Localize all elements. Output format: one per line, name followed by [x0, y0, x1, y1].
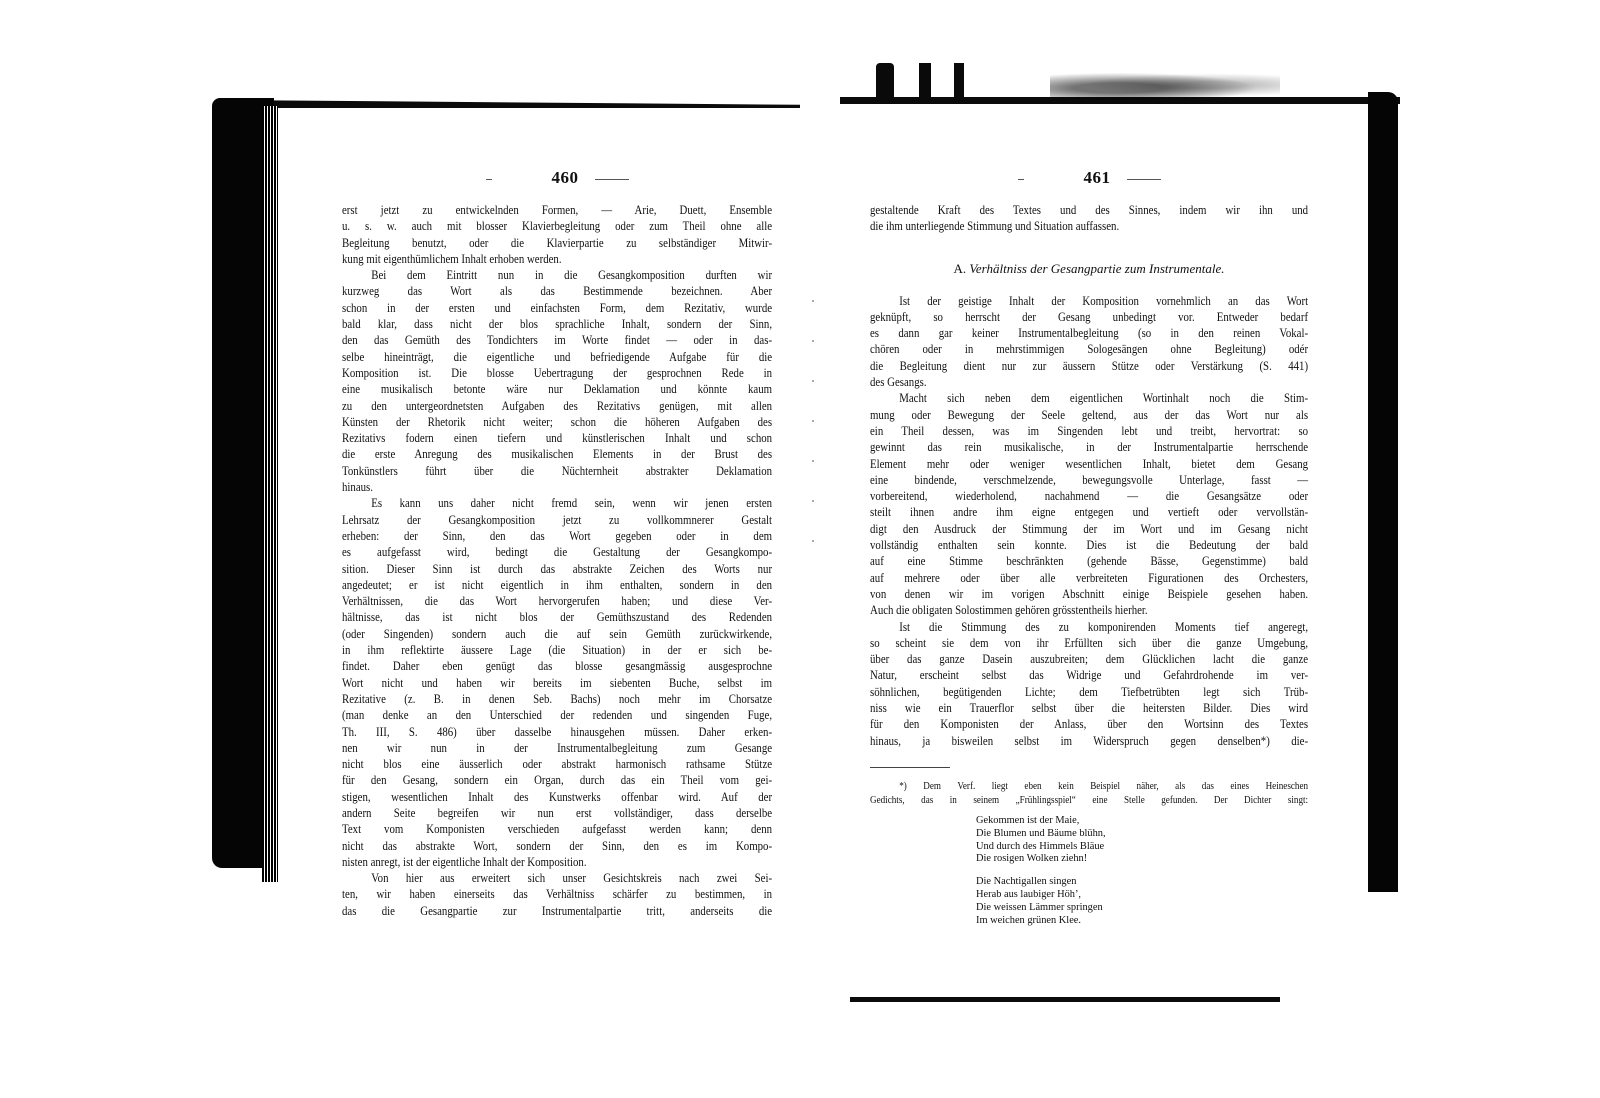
- text-line: Gedichts, das in seinem „Frühlingsspiel“…: [870, 794, 1308, 808]
- text-line: niss wie ein Trauerflor selbst über die …: [870, 700, 1308, 716]
- text-line: hältnisse, das ist nicht blos der Gemüth…: [342, 609, 772, 625]
- text-line: für den Gesang, sondern ein Organ, durch…: [342, 772, 772, 788]
- text-line: hinaus.: [342, 479, 772, 495]
- text-line: es dann gar keiner Instrumentalbegleitun…: [870, 325, 1308, 341]
- text-line: stigen, wesentlichen Inhalt des Kunstwer…: [342, 789, 772, 805]
- text-line: auf mehrere oder über alle verbreiteten …: [870, 570, 1308, 586]
- text-line: (oder Singenden) sondern auch die auf se…: [342, 626, 772, 642]
- book-top-edge-left: [225, 100, 800, 108]
- text-line: Text vom Komponisten verschieden aufgefa…: [342, 821, 772, 837]
- text-line: Natur, erscheint selbst das Widrige und …: [870, 667, 1308, 683]
- footnote-poem: Gekommen ist der Maie,Die Blumen und Bäu…: [976, 815, 1308, 927]
- bookmark-tab: [954, 63, 964, 101]
- poem-line: Die Blumen und Bäume blühn,: [976, 828, 1308, 841]
- text-line: nisten anregt, ist der eigentliche Inhal…: [342, 854, 772, 870]
- text-line: (man denke an den Unterschied der redend…: [342, 707, 772, 723]
- poem-line: Im weichen grünen Klee.: [976, 915, 1308, 928]
- text-line: Rezitative (z. B. in denen Seb. Bachs) n…: [342, 691, 772, 707]
- text-line: auf eine Stimme beschränkten (gehende Bä…: [870, 553, 1308, 569]
- text-line: vorbereitend, wiederholend, nachahmend —…: [870, 488, 1308, 504]
- poem-line: Gekommen ist der Maie,: [976, 815, 1308, 828]
- text-line: erheben: der Sinn, den das Wort gegeben …: [342, 528, 772, 544]
- right-page-body: Ist der geistige Inhalt der Komposition …: [870, 293, 1308, 749]
- poem-line: Herab aus laubiger Höh’,: [976, 889, 1308, 902]
- text-line: Element mehr oder weniger wesentlichen I…: [870, 456, 1308, 472]
- text-line: von denen wir im vorigen Abschnitt einig…: [870, 586, 1308, 602]
- text-line: eine musikalisch betonte wäre nur Deklam…: [342, 381, 772, 397]
- text-line: Rezitativs fodern einen tiefern und küns…: [342, 430, 772, 446]
- text-line: Von hier aus erweitert sich unser Gesich…: [342, 870, 772, 886]
- left-page: 460 erst jetzt zu entwickelnden Formen, …: [342, 168, 772, 919]
- text-line: eine bindende, verschmelzende, bewegungs…: [870, 472, 1308, 488]
- text-line: u. s. w. auch mit blosser Klavierbegleit…: [342, 218, 772, 234]
- gutter: [812, 300, 814, 560]
- text-line: Lehrsatz der Gesangkomposition jetzt zu …: [342, 512, 772, 528]
- text-line: Wort nicht und haben wir bereits im sieb…: [342, 675, 772, 691]
- text-line: Künsten der Rhetorik nicht weiter; schon…: [342, 414, 772, 430]
- text-line: sition. Dieser Sinn ist durch das abstra…: [342, 561, 772, 577]
- text-line: hinaus, ja bisweilen selbst im Widerspru…: [870, 733, 1308, 749]
- left-page-body: erst jetzt zu entwickelnden Formen, — Ar…: [342, 202, 772, 919]
- scan-noise: [1050, 70, 1280, 100]
- section-heading: A. Verhältniss der Gesangpartie zum Inst…: [870, 261, 1308, 277]
- text-line: Auch die obligaten Solostimmen gehören g…: [870, 602, 1308, 618]
- text-line: gestaltende Kraft des Textes und des Sin…: [870, 202, 1308, 218]
- book-bottom-edge: [850, 997, 1280, 1002]
- poem-line: Die Nachtigallen singen: [976, 876, 1308, 889]
- poem-line: Die weissen Lämmer springen: [976, 902, 1308, 915]
- text-line: so scheint sie dem von ihr Erfüllten sic…: [870, 635, 1308, 651]
- text-line: *) Dem Verf. liegt eben kein Beispiel nä…: [870, 780, 1308, 794]
- text-line: söhnlichen, begütigenden Lichte; dem Tie…: [870, 684, 1308, 700]
- page-stack-left: [262, 106, 278, 882]
- text-line: vollständig enthalten sein konnte. Dies …: [870, 537, 1308, 553]
- text-line: Th. III, S. 486) über dasselbe hinausgeh…: [342, 724, 772, 740]
- text-line: erst jetzt zu entwickelnden Formen, — Ar…: [342, 202, 772, 218]
- text-line: für den Komponisten der Anlass, über den…: [870, 716, 1308, 732]
- right-page-intro: gestaltende Kraft des Textes und des Sin…: [870, 202, 1308, 235]
- text-line: ein Theil dessen, was im Singenden lebt …: [870, 423, 1308, 439]
- text-line: gewinnt das rein musikalische, in der In…: [870, 439, 1308, 455]
- text-line: kung mit eigenthümlichem Inhalt erhoben …: [342, 251, 772, 267]
- text-line: angedeutet; er ist nicht eigentlich in i…: [342, 577, 772, 593]
- bookmark-tab: [919, 63, 931, 101]
- text-line: über das ganze Dasein auszubreiten; dem …: [870, 651, 1308, 667]
- text-line: in ihm reflektirte äussere Lage (die Sit…: [342, 642, 772, 658]
- text-line: zu den untergeordnetsten Aufgaben des Re…: [342, 398, 772, 414]
- text-line: Komposition ist. Die blosse Uebertragung…: [342, 365, 772, 381]
- text-line: nicht blos eine äusserlich oder abstrakt…: [342, 756, 772, 772]
- page-number: 460: [342, 168, 772, 188]
- text-line: chören oder in mehrstimmigen Sologesänge…: [870, 341, 1308, 357]
- text-line: andern Seite begreifen wir nun erst voll…: [342, 805, 772, 821]
- bookmark-tab: [876, 63, 894, 101]
- text-line: nen wir nun in der Instrumentalbegleitun…: [342, 740, 772, 756]
- poem-line: Und durch des Himmels Bläue: [976, 841, 1308, 854]
- text-line: es aufgefasst wird, bedingt die Gestaltu…: [342, 544, 772, 560]
- text-line: die Begleitung dient nur zur äussern Stü…: [870, 358, 1308, 374]
- footnote-rule: [870, 767, 950, 768]
- text-line: Es kann uns daher nicht fremd sein, wenn…: [342, 495, 772, 511]
- text-line: die ihm unterliegende Stimmung und Situa…: [870, 218, 1308, 234]
- text-line: ten, wir haben einerseits das Verhältnis…: [342, 886, 772, 902]
- right-page: 461 gestaltende Kraft des Textes und des…: [870, 168, 1308, 927]
- text-line: das die Gesangpartie zur Instrumentalpar…: [342, 903, 772, 919]
- text-line: Tonkünstlers führt über die Nüchternheit…: [342, 463, 772, 479]
- text-line: bald klar, dass nicht der blos sprachlic…: [342, 316, 772, 332]
- poem-line: Die rosigen Wolken ziehn!: [976, 853, 1308, 866]
- text-line: kurzweg das Wort als das Bestimmende bez…: [342, 283, 772, 299]
- text-line: des Gesangs.: [870, 374, 1308, 390]
- text-line: Begleitung benutzt, oder die Klavierpart…: [342, 235, 772, 251]
- text-line: Ist die Stimmung des zu komponirenden Mo…: [870, 619, 1308, 635]
- text-line: findet. Daher eben genügt das blosse ges…: [342, 658, 772, 674]
- footnote: *) Dem Verf. liegt eben kein Beispiel nä…: [870, 780, 1308, 807]
- book-cover-right-edge: [1368, 92, 1398, 892]
- text-line: schon in der ersten und einfachsten Form…: [342, 300, 772, 316]
- text-line: Verhältnissen, die das Wort hervorgerufe…: [342, 593, 772, 609]
- text-line: Macht sich neben dem eigentlichen Wortin…: [870, 390, 1308, 406]
- text-line: Bei dem Eintritt nun in die Gesangkompos…: [342, 267, 772, 283]
- text-line: Ist der geistige Inhalt der Komposition …: [870, 293, 1308, 309]
- text-line: steilt ihnen andre ihm eigne entgegen un…: [870, 504, 1308, 520]
- page-number: 461: [870, 168, 1308, 188]
- text-line: mung oder Bewegung der Seele geltend, au…: [870, 407, 1308, 423]
- text-line: nicht das abstrakte Wort, sondern der Si…: [342, 838, 772, 854]
- text-line: den das Gemüth des Tondichters im Worte …: [342, 332, 772, 348]
- text-line: selbe hineinträgt, die eigentliche und b…: [342, 349, 772, 365]
- text-line: die erste Anregung des musikalischen Ele…: [342, 446, 772, 462]
- text-line: geknüpft, so herrscht der Gesang unbedin…: [870, 309, 1308, 325]
- text-line: digt den Ausdruck der Stimmung der im Wo…: [870, 521, 1308, 537]
